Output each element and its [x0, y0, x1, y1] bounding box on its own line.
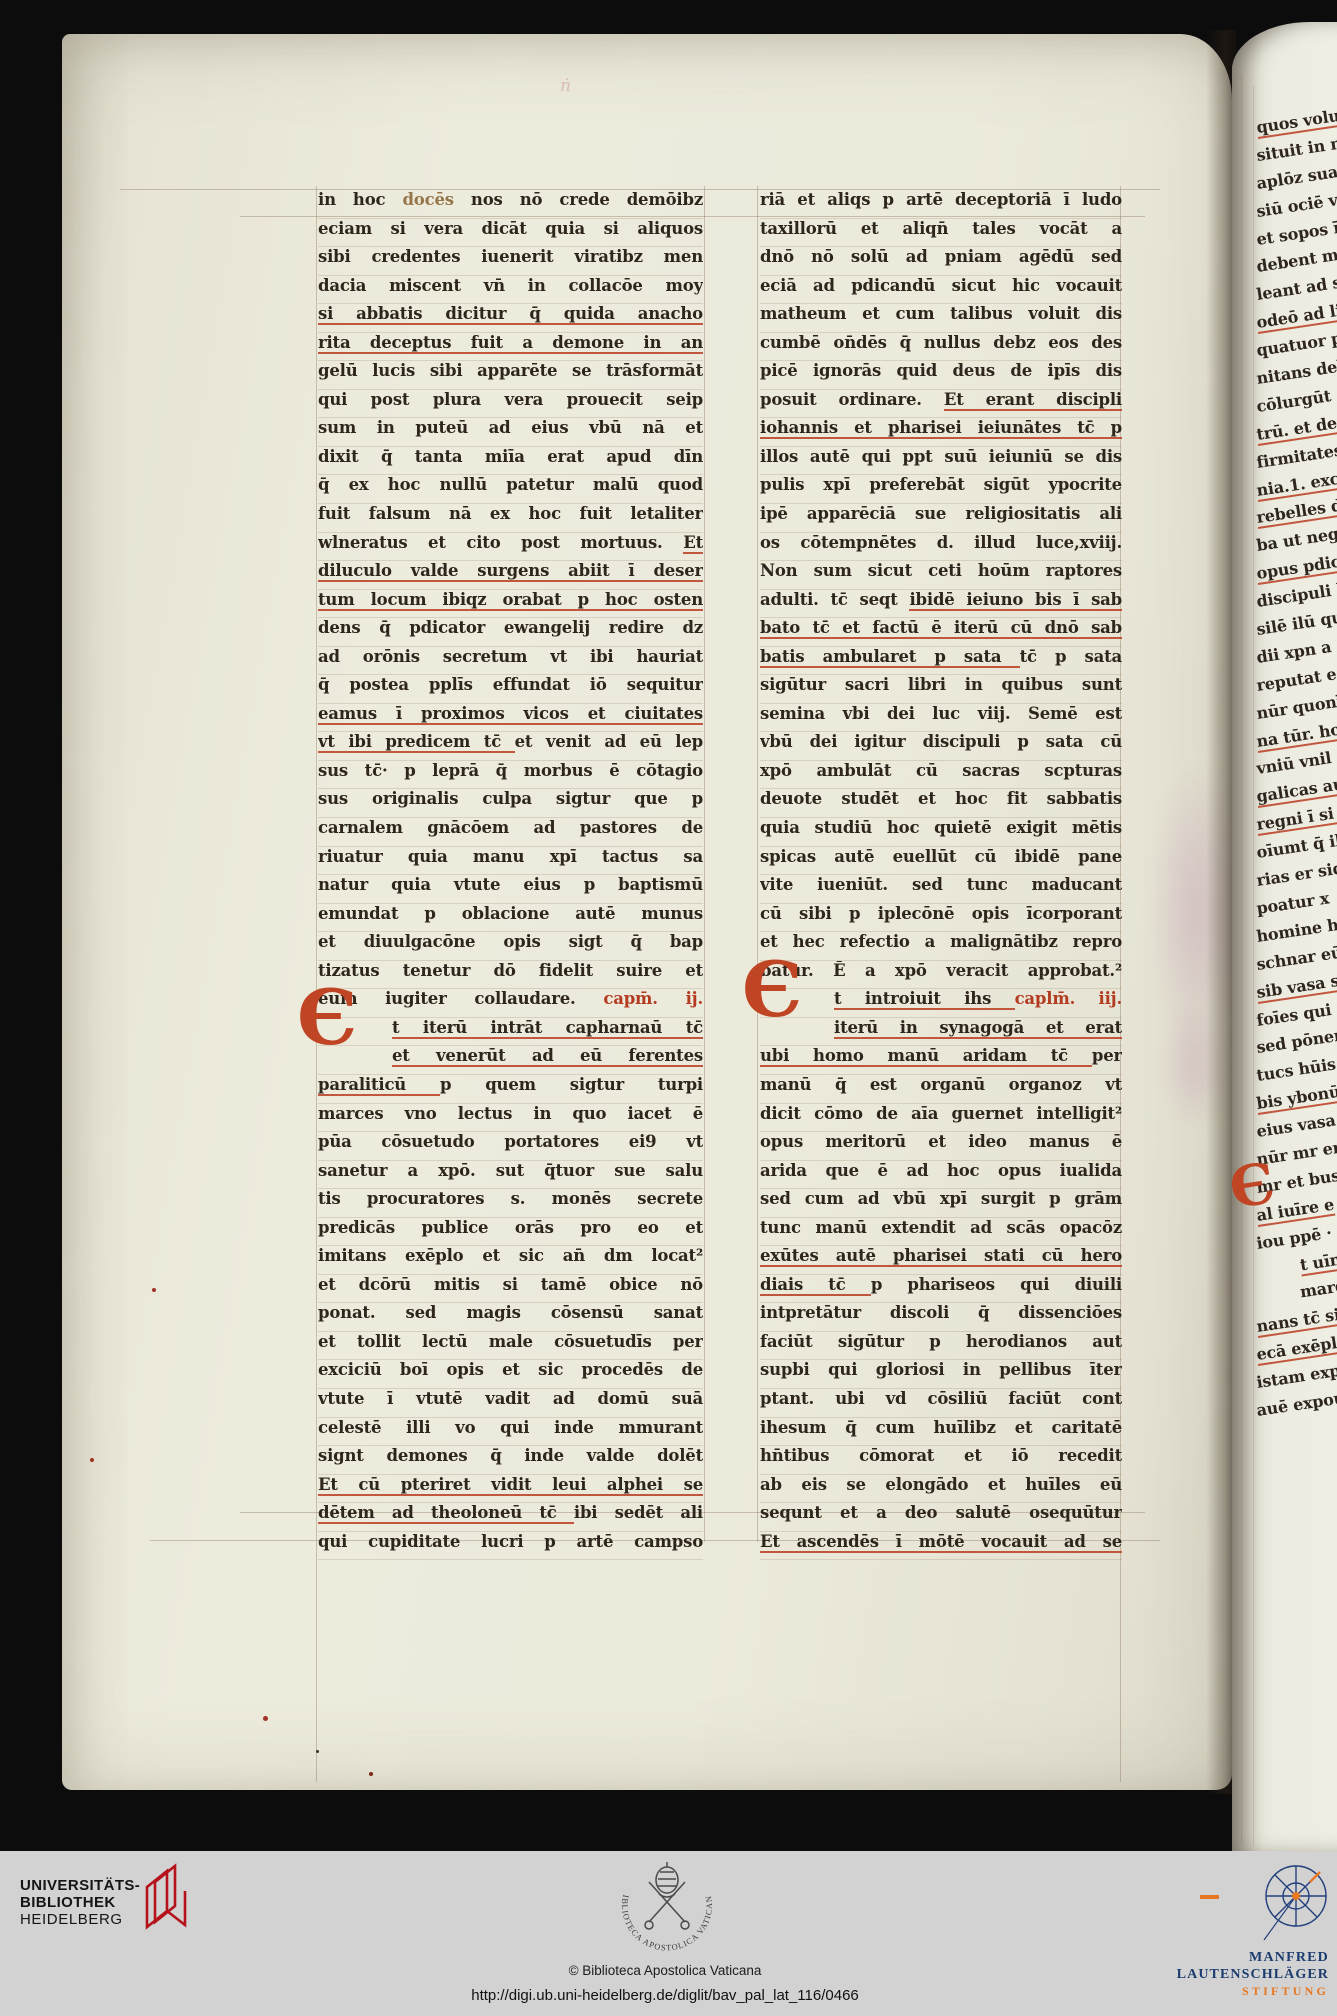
manuscript-line: carnalem gnācōem ad pastores de	[318, 818, 703, 847]
foundation-logo-text: MANFRED LAUTENSCHLÄGER STIFTUNG	[1177, 1950, 1329, 1999]
blackletter-text: p quem sigtur turpi	[440, 1075, 703, 1094]
blackletter-text: dnō nō solū ad pniam agēdū sed	[760, 247, 1122, 266]
manuscript-line: opus meritorū et ideo manus ē	[760, 1132, 1122, 1161]
manuscript-line: fuit falsum nā ex hoc fuit letaliter	[318, 504, 703, 533]
compass-rose-icon	[1252, 1852, 1337, 1946]
manuscript-line: et venerūt ad eū ferentes	[318, 1046, 703, 1075]
manuscript-line: riā et aliqs p artē deceptoriā ī ludo	[760, 190, 1122, 219]
orange-dash	[1200, 1895, 1219, 1899]
manuscript-line: Et ascendēs ī mōtē vocauit ad se	[760, 1532, 1122, 1561]
ruling-line	[757, 186, 758, 1542]
manuscript-line: dens q̄ pdicator ewangelij redire dz	[318, 618, 703, 647]
blackletter-text: qui cupiditate lucri p artē campso	[318, 1532, 703, 1551]
vatican-library-seal-icon: BIBLIOTECA APOSTOLICA VATICANA	[597, 1856, 737, 1964]
manuscript-line: sus originalis culpa sigtur que p	[318, 789, 703, 818]
blackletter-text: ipē apparēciā sue religiositatis ali	[760, 504, 1122, 523]
manuscript-line: paraliticū p quem sigtur turpi	[318, 1075, 703, 1104]
manuscript-line: dētem ad theoloneū tc̄ ibi sedēt ali	[318, 1503, 703, 1532]
blackletter-text: qui post plura vera prouecit seip	[318, 390, 703, 409]
blackletter-text: spicas autē euellūt cū ibidē pane	[760, 847, 1122, 866]
manuscript-line: sequnt et a deo salutē osequūtur	[760, 1503, 1122, 1532]
blackletter-text: adulti. tc̄ seqt	[760, 590, 909, 609]
blackletter-text: riuatur quia manu xpī tactus sa	[318, 847, 703, 866]
blackletter-text: hn̄tibus cōmorat et iō recedit	[760, 1446, 1122, 1465]
text-column-right: riā et aliqs p artē deceptoriā ī ludotax…	[760, 190, 1122, 1560]
manuscript-line: matheum et cum talibus voluit dis	[760, 304, 1122, 333]
blackletter-text: sed cum ad vbū xpī surgit p grām	[760, 1189, 1122, 1208]
blackletter-text: arida que ē ad hoc opus iualida	[760, 1161, 1122, 1180]
blackletter-text: tum locum ibiqz orabat p hoc osten	[318, 590, 703, 611]
blackletter-text: cumbē on̄dēs q̄ nullus debz eos des	[760, 333, 1122, 352]
red-speck	[369, 1772, 373, 1776]
manuscript-line: tizatus tenetur dō fidelit suire et	[318, 961, 703, 990]
manuscript-line: batur. Ē a xpō veracit approbat.²	[760, 961, 1122, 990]
blackletter-text: marces vno lectus in quo iacet ē	[318, 1104, 703, 1123]
manuscript-line: exūtes autē pharisei stati cū hero	[760, 1246, 1122, 1275]
blackletter-text: docēs	[402, 190, 453, 209]
manuscript-line: vtute ī vtutē vadit ad domū suā	[318, 1389, 703, 1418]
blackletter-text: predicās publice orās pro eo et	[318, 1218, 703, 1237]
manuscript-line: riuatur quia manu xpī tactus sa	[318, 847, 703, 876]
blackletter-text: wlneratus et cito post mortuus.	[318, 533, 683, 552]
blackletter-text: illos autē qui ppt suū ieiuniū se dis	[760, 447, 1122, 466]
manuscript-line: vbū dei igitur discipuli p sata cū	[760, 732, 1122, 761]
manuscript-line: dixit q̄ tanta miīa erat apud dīn	[318, 447, 703, 476]
manuscript-line: exciciū boī opis et sic procedēs de	[318, 1360, 703, 1389]
blackletter-text: natur quia vtute eius p baptismū	[318, 875, 703, 894]
manuscript-line: faciūt sigūtur p herodianos aut	[760, 1332, 1122, 1361]
blackletter-text: et hec refectio a malignātibz repro	[760, 932, 1122, 951]
manuscript-line: iohannis et pharisei ieiunātes tc̄ p	[760, 418, 1122, 447]
manuscript-line: et dcōrū mitis si tamē obice nō	[318, 1275, 703, 1304]
svg-text:BIBLIOTECA APOSTOLICA VATICANA: BIBLIOTECA APOSTOLICA VATICANA	[597, 1856, 714, 1953]
manuscript-line: marces vno lectus in quo iacet ē	[318, 1104, 703, 1133]
blackletter-text: pūa cōsuetudo portatores ei9 vt	[318, 1132, 703, 1151]
blackletter-text: sus originalis culpa sigtur que p	[318, 789, 703, 808]
manuscript-line: deuote studēt et hoc fit sabbatis	[760, 789, 1122, 818]
manuscript-line: signt demones q̄ inde valde dolēt	[318, 1446, 703, 1475]
red-speck	[263, 1716, 268, 1721]
blackletter-text: vbū dei igitur discipuli p sata cū	[760, 732, 1122, 751]
manuscript-line: qui cupiditate lucri p artē campso	[318, 1532, 703, 1561]
blackletter-text: tis procuratores s. monēs secrete	[318, 1189, 703, 1208]
manuscript-line: taxillorū et aliqn̄ tales vocāt a	[760, 219, 1122, 248]
red-speck	[152, 1288, 156, 1292]
manuscript-line: spicas autē euellūt cū ibidē pane	[760, 847, 1122, 876]
blackletter-text: et venerūt ad eū ferentes	[392, 1046, 703, 1067]
blackletter-text: sum in puteū ad eius vbū nā et	[318, 418, 703, 437]
blackletter-text: Et ascendēs ī mōtē vocauit ad se	[760, 1532, 1122, 1553]
manuscript-line: qui post plura vera prouecit seip	[318, 390, 703, 419]
manuscript-line: cū sibi p iplecōnē opis īcorporant	[760, 904, 1122, 933]
footer-bar: UNIVERSITÄTS- BIBLIOTHEK HEIDELBERG	[0, 1851, 1337, 2016]
blackletter-text: tunc manū extendit ad scās opacōz	[760, 1218, 1122, 1237]
source-url-text: http://digi.ub.uni-heidelberg.de/diglit/…	[360, 1987, 970, 2004]
manuscript-line: natur quia vtute eius p baptismū	[318, 875, 703, 904]
blackletter-text: nos nō crede demōibz	[454, 190, 703, 209]
blackletter-text: quia studiū hoc quietē exigit mētis	[760, 818, 1122, 837]
manuscript-line: iterū in synagogā et erat	[760, 1018, 1122, 1047]
manuscript-line: manū q̄ est organū organoz vt	[760, 1075, 1122, 1104]
blackletter-text: ad orōnis secretum vt ibi hauriat	[318, 647, 703, 666]
manuscript-line: et diuulgacōne opis sigt q̄ bap	[318, 932, 703, 961]
blackletter-text: dicit cōmo de aīa guernet intelligit²	[760, 1104, 1122, 1123]
blackletter-text: et venit ad eū lep	[515, 732, 703, 751]
foundation-name-line1: MANFRED	[1177, 1950, 1329, 1966]
manuscript-line: sigūtur sacri libri in quibus sunt	[760, 675, 1122, 704]
blackletter-text: vt ibi predicem tc̄	[318, 732, 515, 753]
page-edge-line	[1241, 74, 1242, 1844]
manuscript-line: et hec refectio a malignātibz repro	[760, 932, 1122, 961]
ruling-line	[704, 186, 705, 1542]
manuscript-line: si abbatis dicitur q̄ quida anacho	[318, 304, 703, 333]
blackletter-text: p phariseos qui diuili	[871, 1275, 1122, 1294]
text-column-left: in hoc docēs nos nō crede demōibzeciam s…	[318, 190, 703, 1560]
manuscript-line: t introiuit ihs caplm̄. iij.	[760, 989, 1122, 1018]
manuscript-line: ab eis se elongādo et huīles eū	[760, 1475, 1122, 1504]
foundation-name-line3: STIFTUNG	[1177, 1983, 1329, 1999]
blackletter-text: eum iugiter collaudare.	[318, 989, 603, 1008]
blackletter-text: rita deceptus fuit a demone in an	[318, 333, 703, 354]
manuscript-line: ipē apparēciā sue religiositatis ali	[760, 504, 1122, 533]
blackletter-text: ihesum q̄ cum huīlibz et caritatē	[760, 1418, 1122, 1437]
blackletter-text: eciā ad pdicandū sicut hic vocauit	[760, 276, 1122, 295]
blackletter-text: eamus ī proximos vicos et ciuitates	[318, 704, 703, 725]
blackletter-text: opus meritorū et ideo manus ē	[760, 1132, 1122, 1151]
blackletter-text: picē ignorās quid deus de ipīs dis	[760, 361, 1122, 380]
blackletter-text: Et	[683, 533, 703, 554]
blackletter-text: faciūt sigūtur p herodianos aut	[760, 1332, 1122, 1351]
manuscript-line: xpō ambulāt cū sacras scpturas	[760, 761, 1122, 790]
manuscript-line: ponat. sed magis cōsensū sanat	[318, 1303, 703, 1332]
manuscript-line: vt ibi predicem tc̄ et venit ad eū lep	[318, 732, 703, 761]
blackletter-text: diluculo valde surgens abiit ī deser	[318, 561, 703, 582]
foundation-name-line2: LAUTENSCHLÄGER	[1177, 1966, 1329, 1983]
blackletter-text: semina vbi dei luc viij. Semē est	[760, 704, 1122, 723]
blackletter-text: sibi credentes iuenerit viratibz men	[318, 247, 703, 266]
blackletter-text: exūtes autē pharisei stati cū hero	[760, 1246, 1122, 1267]
blackletter-text: quos volu	[1255, 106, 1337, 139]
digitized-manuscript-viewer: ṅ in hoc docēs nos nō crede demōibzeciam…	[0, 0, 1337, 2016]
blackletter-text: bato tc̄ et factū ē iterū cū dnō sab	[760, 618, 1122, 639]
rubric-text: capm̄. ij.	[603, 989, 703, 1008]
manuscript-line: imitans exēplo et sic an̄ dm locat²	[318, 1246, 703, 1275]
library-name-line1: UNIVERSITÄTS-	[20, 1877, 140, 1894]
blackletter-text: matheum et cum talibus voluit dis	[760, 304, 1122, 323]
blackletter-text: si abbatis dicitur q̄ quida anacho	[318, 304, 703, 325]
manuscript-line: sibi credentes iuenerit viratibz men	[318, 247, 703, 276]
manuscript-line: q̄ postea pplīs effundat iō sequitur	[318, 675, 703, 704]
rubric-text: caplm̄. iij.	[1015, 989, 1122, 1008]
blackletter-text: deuote studēt et hoc fit sabbatis	[760, 789, 1122, 808]
blackletter-text: imitans exēplo et sic an̄ dm locat²	[318, 1246, 703, 1265]
blackletter-text: tizatus tenetur dō fidelit suire et	[318, 961, 703, 980]
manuscript-line: supbi qui gloriosi in pellibus īter	[760, 1360, 1122, 1389]
blackletter-text: q̄ postea pplīs effundat iō sequitur	[318, 675, 703, 694]
blackletter-text: Non sum sicut ceti hoūm raptores	[760, 561, 1122, 580]
blackletter-text: diais tc̄	[760, 1275, 871, 1296]
blackletter-text: ptant. ubi vd cōsiliū faciūt cont	[760, 1389, 1122, 1408]
library-name-line3: HEIDELBERG	[20, 1911, 140, 1928]
blackletter-text: pulis xpī preferebāt sigūt ypocrite	[760, 475, 1122, 494]
blackletter-text: taxillorū et aliqn̄ tales vocāt a	[760, 219, 1122, 238]
copyright-text: © Biblioteca Apostolica Vaticana	[460, 1963, 870, 1978]
library-name-line2: BIBLIOTHEK	[20, 1894, 140, 1911]
manuscript-line: et tollit lectū male cōsuetudīs per	[318, 1332, 703, 1361]
blackletter-text: iohannis et pharisei ieiunātes tc̄ p	[760, 418, 1122, 439]
manuscript-line: sus tc̄· p leprā q̄ morbus ē cōtagio	[318, 761, 703, 790]
blackletter-text: ubi homo manū aridam tc̄	[760, 1046, 1092, 1067]
blackletter-text: fuit falsum nā ex hoc fuit letaliter	[318, 504, 703, 523]
manuscript-line: posuit ordinare. Et erant discipli	[760, 390, 1122, 419]
blackletter-text: posuit ordinare.	[760, 390, 944, 409]
blackletter-text: ibidē ieiuno bis ī sab	[909, 590, 1122, 611]
blackletter-text: cū sibi p iplecōnē opis īcorporant	[760, 904, 1122, 923]
manuscript-line: quia studiū hoc quietē exigit mētis	[760, 818, 1122, 847]
manuscript-line: dnō nō solū ad pniam agēdū sed	[760, 247, 1122, 276]
blackletter-text: signt demones q̄ inde valde dolēt	[318, 1446, 703, 1465]
blackletter-text: carnalem gnācōem ad pastores de	[318, 818, 703, 837]
manuscript-line: Non sum sicut ceti hoūm raptores	[760, 561, 1122, 590]
manuscript-line: arida que ē ad hoc opus iualida	[760, 1161, 1122, 1190]
manuscript-line: in hoc docēs nos nō crede demōibz	[318, 190, 703, 219]
blackletter-text: riā et aliqs p artē deceptoriā ī ludo	[760, 190, 1122, 209]
blackletter-text: paraliticū	[318, 1075, 440, 1096]
manuscript-line: eciā ad pdicandū sicut hic vocauit	[760, 276, 1122, 305]
folio-mark: ṅ	[560, 76, 571, 96]
blackletter-text: vtute ī vtutē vadit ad domū suā	[318, 1389, 703, 1408]
blackletter-text: celestē illi vo qui inde mmurant	[318, 1418, 703, 1437]
manuscript-line: adulti. tc̄ seqt ibidē ieiuno bis ī sab	[760, 590, 1122, 619]
blackletter-text: xpō ambulāt cū sacras scpturas	[760, 761, 1122, 780]
blackletter-text: sequnt et a deo salutē osequūtur	[760, 1503, 1122, 1522]
blackletter-text: ibi sedēt ali	[574, 1503, 703, 1522]
blackletter-text: et tollit lectū male cōsuetudīs per	[318, 1332, 703, 1351]
blackletter-text: supbi qui gloriosi in pellibus īter	[760, 1360, 1122, 1379]
manuscript-line: vite iueniūt. sed tunc maducant	[760, 875, 1122, 904]
blackletter-text: vite iueniūt. sed tunc maducant	[760, 875, 1122, 894]
blackletter-text: batis ambularet p sata	[760, 647, 1020, 668]
manuscript-line: bato tc̄ et factū ē iterū cū dnō sab	[760, 618, 1122, 647]
manuscript-line: eciam si vera dicāt quia si aliquos	[318, 219, 703, 248]
manuscript-line: os cōtempnētes d. illud luce,xviij.	[760, 533, 1122, 562]
blackletter-text: in hoc	[318, 190, 402, 209]
blackletter-text: dacia miscent vn̄ in collacōe moy	[318, 276, 703, 295]
manuscript-line: q̄ ex hoc nullū patetur malū quod	[318, 475, 703, 504]
red-initial-left: Є	[297, 980, 357, 1056]
blackletter-text: sigūtur sacri libri in quibus sunt	[760, 675, 1122, 694]
manuscript-line: predicās publice orās pro eo et	[318, 1218, 703, 1247]
blackletter-text: dētem ad theoloneū tc̄	[318, 1503, 574, 1524]
blackletter-text: ponat. sed magis cōsensū sanat	[318, 1303, 703, 1322]
manuscript-line: ubi homo manū aridam tc̄ per	[760, 1046, 1122, 1075]
manuscript-line: sum in puteū ad eius vbū nā et	[318, 418, 703, 447]
blackletter-text: per	[1092, 1046, 1122, 1065]
blackletter-text: ab eis se elongādo et huīles eū	[760, 1475, 1122, 1494]
red-speck	[90, 1458, 94, 1462]
manuscript-line: illos autē qui ppt suū ieiuniū se dis	[760, 447, 1122, 476]
manuscript-line: gelū lucis sibi apparēte se trāsformāt	[318, 361, 703, 390]
text-column-next-page: quos volusituit in maplōz suarsiū ociē v…	[1258, 118, 1337, 1429]
manuscript-line: Et cū pteriret vidit leui alphei se	[318, 1475, 703, 1504]
blackletter-text: intpretātur discoli q̄ dissenciōes	[760, 1303, 1122, 1322]
blackletter-text: t introiuit ihs	[834, 989, 1015, 1010]
manuscript-line: ihesum q̄ cum huīlibz et caritatē	[760, 1418, 1122, 1447]
manuscript-line: tunc manū extendit ad scās opacōz	[760, 1218, 1122, 1247]
manuscript-line: diais tc̄ p phariseos qui diuili	[760, 1275, 1122, 1304]
blackletter-text: sanetur a xpō. sut q̄tuor sue salu	[318, 1161, 703, 1180]
manuscript-line: sed cum ad vbū xpī surgit p grām	[760, 1189, 1122, 1218]
manuscript-line: semina vbi dei luc viij. Semē est	[760, 704, 1122, 733]
manuscript-line: t iterū intrāt capharnaū tc̄	[318, 1018, 703, 1047]
blackletter-text: iterū in synagogā et erat	[834, 1018, 1122, 1039]
manuscript-line: eum iugiter collaudare. capm̄. ij.	[318, 989, 703, 1018]
manuscript-line: rita deceptus fuit a demone in an	[318, 333, 703, 362]
manuscript-line: picē ignorās quid deus de ipīs dis	[760, 361, 1122, 390]
library-logo-text: UNIVERSITÄTS- BIBLIOTHEK HEIDELBERG	[20, 1877, 140, 1928]
blackletter-text: batur. Ē a xpō veracit approbat.²	[760, 961, 1122, 980]
manuscript-line: eamus ī proximos vicos et ciuitates	[318, 704, 703, 733]
blackletter-text: manū q̄ est organū organoz vt	[760, 1075, 1122, 1094]
blackletter-text: t iterū intrāt capharnaū tc̄	[392, 1018, 703, 1039]
manuscript-line: wlneratus et cito post mortuus. Et	[318, 533, 703, 562]
blackletter-text: gelū lucis sibi apparēte se trāsformāt	[318, 361, 703, 380]
manuscript-line: pulis xpī preferebāt sigūt ypocrite	[760, 475, 1122, 504]
blackletter-text: dixit q̄ tanta miīa erat apud dīn	[318, 447, 703, 466]
manuscript-line: emundat p oblacione autē munus	[318, 904, 703, 933]
manuscript-line: tum locum ibiqz orabat p hoc osten	[318, 590, 703, 619]
blackletter-text: tc̄ p sata	[1020, 647, 1122, 666]
manuscript-line: intpretātur discoli q̄ dissenciōes	[760, 1303, 1122, 1332]
manuscript-line: hn̄tibus cōmorat et iō recedit	[760, 1446, 1122, 1475]
manuscript-line: ptant. ubi vd cōsiliū faciūt cont	[760, 1389, 1122, 1418]
blackletter-text: eciam si vera dicāt quia si aliquos	[318, 219, 703, 238]
red-initial-right: Є	[742, 952, 802, 1028]
blackletter-text: dens q̄ pdicator ewangelij redire dz	[318, 618, 703, 637]
manuscript-line: cumbē on̄dēs q̄ nullus debz eos des	[760, 333, 1122, 362]
manuscript-line: dacia miscent vn̄ in collacōe moy	[318, 276, 703, 305]
blackletter-text: emundat p oblacione autē munus	[318, 904, 703, 923]
blackletter-text: q̄ ex hoc nullū patetur malū quod	[318, 475, 703, 494]
next-page-edge: quos volusituit in maplōz suarsiū ociē v…	[1232, 22, 1337, 1851]
manuscript-line: ad orōnis secretum vt ibi hauriat	[318, 647, 703, 676]
library-books-icon	[137, 1861, 191, 1939]
manuscript-line: celestē illi vo qui inde mmurant	[318, 1418, 703, 1447]
page-edge-line	[1253, 86, 1254, 1846]
manuscript-line: tis procuratores s. monēs secrete	[318, 1189, 703, 1218]
dark-speck	[316, 1750, 319, 1753]
red-initial-next-page: Є	[1232, 1155, 1278, 1217]
manuscript-line: dicit cōmo de aīa guernet intelligit²	[760, 1104, 1122, 1133]
blackletter-text: et dcōrū mitis si tamē obice nō	[318, 1275, 703, 1294]
manuscript-line: batis ambularet p sata tc̄ p sata	[760, 647, 1122, 676]
blackletter-text: Et erant discipli	[944, 390, 1122, 411]
blackletter-text: sus tc̄· p leprā q̄ morbus ē cōtagio	[318, 761, 703, 780]
blackletter-text: exciciū boī opis et sic procedēs de	[318, 1360, 703, 1379]
blackletter-text: os cōtempnētes d. illud luce,xviij.	[760, 533, 1122, 552]
blackletter-text: Et cū pteriret vidit leui alphei se	[318, 1475, 703, 1496]
manuscript-line: sanetur a xpō. sut q̄tuor sue salu	[318, 1161, 703, 1190]
blackletter-text: et diuulgacōne opis sigt q̄ bap	[318, 932, 703, 951]
manuscript-line: diluculo valde surgens abiit ī deser	[318, 561, 703, 590]
manuscript-line: pūa cōsuetudo portatores ei9 vt	[318, 1132, 703, 1161]
